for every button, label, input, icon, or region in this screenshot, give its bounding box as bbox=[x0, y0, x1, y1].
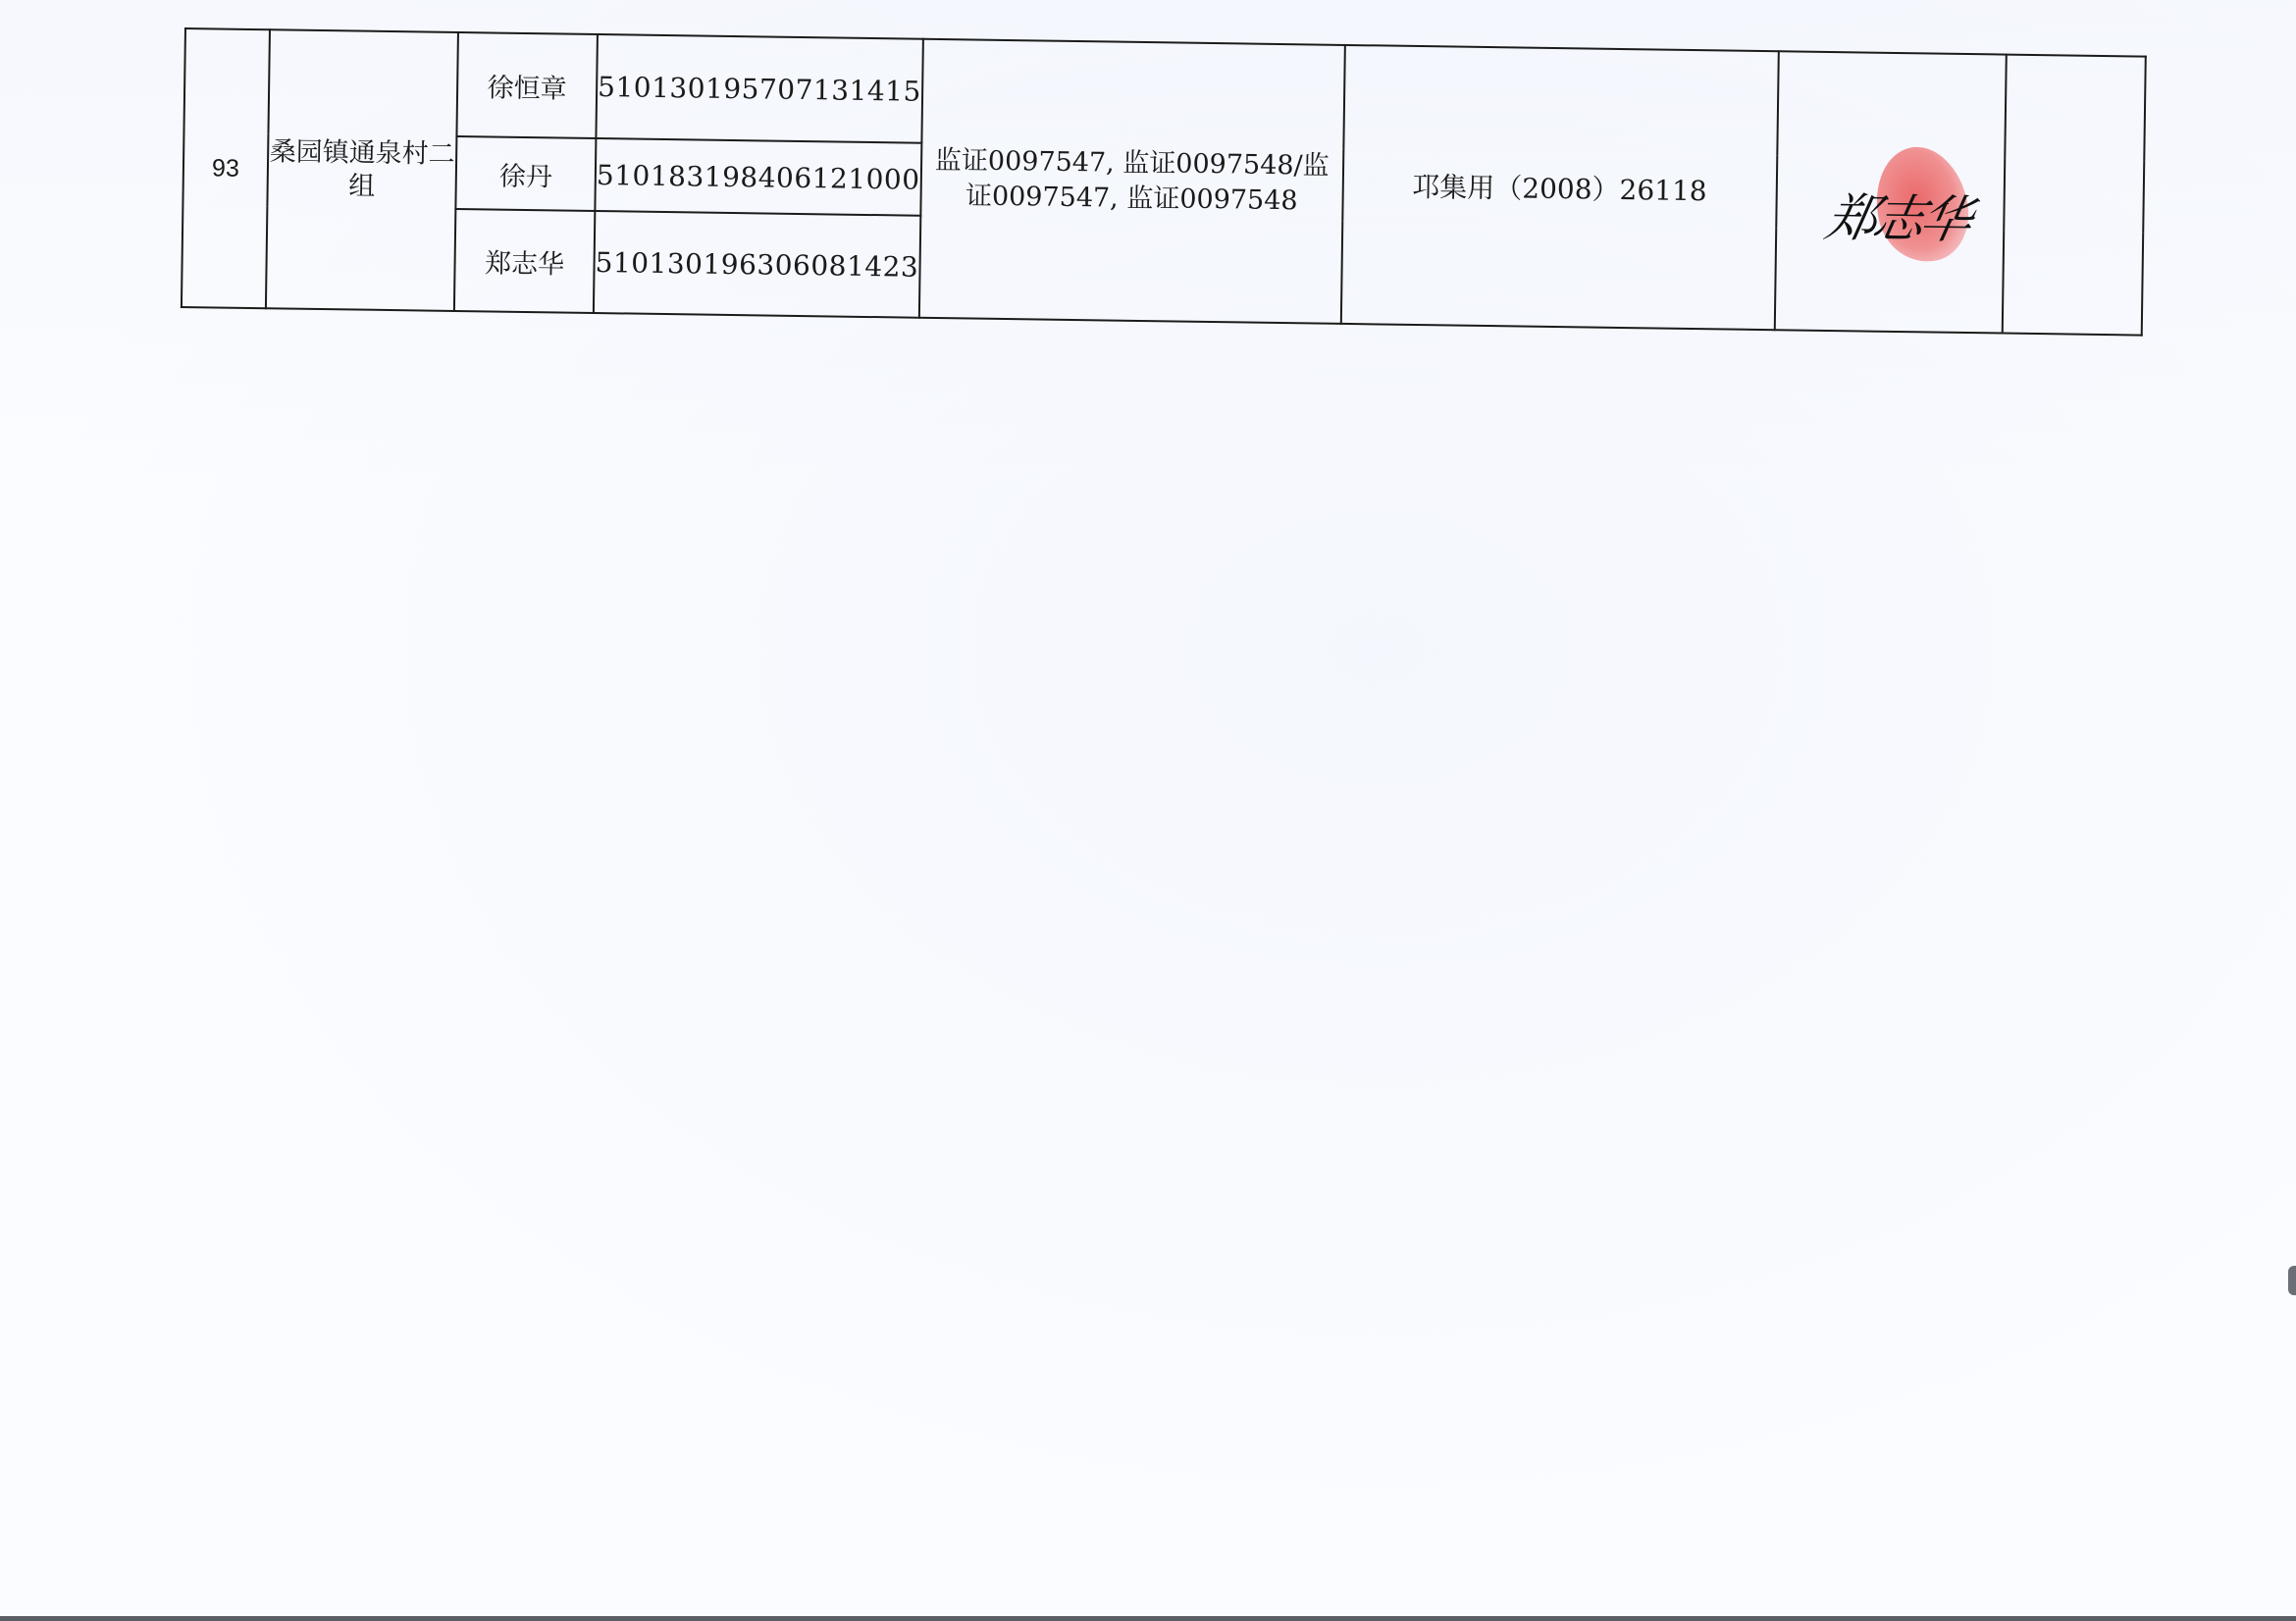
member-name-cell: 徐恒章 bbox=[456, 32, 598, 138]
member-id-cell: 510183198406121000 bbox=[595, 138, 921, 216]
signature-cell: 郑志华 bbox=[1774, 51, 2006, 333]
member-id-cell: 510130195707131415 bbox=[596, 34, 922, 143]
record-table: 93 桑园镇通泉村二组 徐恒章 510130195707131415 监证009… bbox=[181, 27, 2147, 337]
signature-block: 郑志华 bbox=[1791, 117, 1989, 267]
location-cell: 桑园镇通泉村二组 bbox=[266, 29, 458, 311]
member-name-cell: 郑志华 bbox=[454, 209, 595, 313]
remarks-cell bbox=[2002, 55, 2145, 336]
row-number-cell: 93 bbox=[182, 28, 270, 308]
member-id-cell: 510130196306081423 bbox=[594, 211, 920, 318]
record-table-container: 93 桑园镇通泉村二组 徐恒章 510130195707131415 监证009… bbox=[181, 27, 2147, 337]
land-certificate-cell: 邛集用（2008）26118 bbox=[1340, 45, 1778, 330]
signature-text: 郑志华 bbox=[1802, 177, 1993, 252]
scan-edge-mark bbox=[2288, 1266, 2296, 1295]
scan-bottom-edge bbox=[0, 1616, 2296, 1621]
member-name-cell: 徐丹 bbox=[455, 136, 596, 211]
handwritten-signature: 郑志华 bbox=[1808, 169, 1986, 260]
certificate-numbers-cell: 监证0097547, 监证0097548/监证0097547, 监证009754… bbox=[919, 39, 1345, 324]
